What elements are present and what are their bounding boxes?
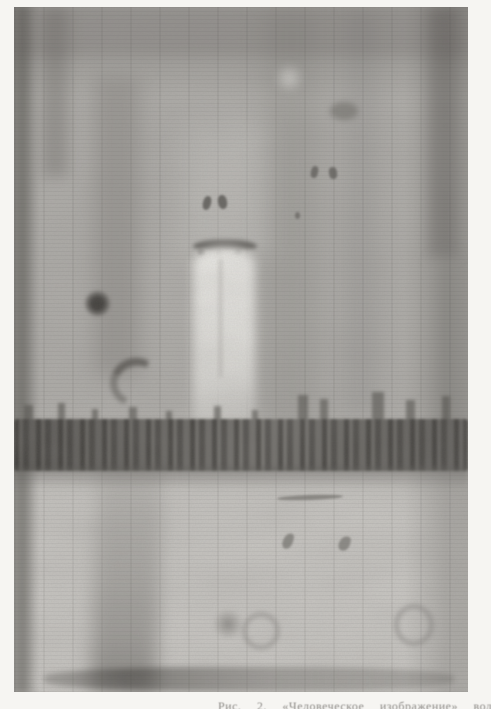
figure-caption-text: Рис. 2. «Человеческое изображение» вод	[218, 699, 491, 709]
watermark-photograph	[14, 7, 468, 692]
lower-ring	[242, 612, 280, 650]
lower-ring-right	[394, 604, 434, 646]
comma-mark-right	[337, 535, 352, 552]
watermark-column-halo	[182, 125, 268, 255]
round-ink-spot	[84, 290, 111, 317]
column-crease	[219, 259, 222, 377]
thin-dash	[277, 494, 343, 501]
photo-left-edge-shade	[14, 7, 30, 692]
band-fade	[14, 467, 468, 489]
grain-streak	[344, 7, 378, 417]
dark-horizontal-band	[14, 419, 468, 471]
comma-mark-left	[281, 532, 295, 550]
scanned-page: Рис. 2. «Человеческое изображение» вод	[0, 0, 491, 709]
paired-dark-mark-right	[328, 167, 338, 180]
top-shade	[14, 7, 468, 57]
watermark-white-column	[193, 247, 255, 433]
figure-caption: Рис. 2. «Человеческое изображение» вод	[218, 699, 491, 709]
top-smudge	[330, 102, 358, 120]
lower-shadow-streak	[90, 461, 164, 692]
lower-smudge	[213, 608, 243, 640]
small-fleck	[295, 212, 300, 219]
bottom-smear	[44, 667, 454, 691]
bright-spot	[274, 63, 304, 93]
grain-streak	[94, 77, 140, 377]
